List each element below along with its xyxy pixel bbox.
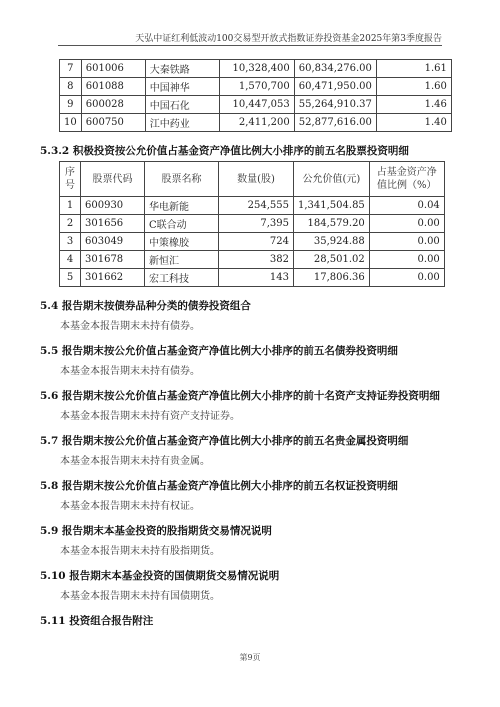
column-header-value: 公允价值(元) [294,162,370,197]
cell-pct: 0.04 [369,197,444,215]
section-heading-5-6: 5.6 报告期末按公允价值占基金资产净值比例大小排序的前十名资产支持证券投资明细 [40,388,440,403]
cell-pct: 1.40 [376,114,451,132]
table-row: 3 603049 中策橡胶 724 35,924.88 0.00 [60,233,445,251]
cell-pct: 1.61 [376,60,451,78]
cell-code: 600028 [81,96,145,114]
cell-code: 301662 [81,269,145,287]
cell-code: 603049 [81,233,145,251]
cell-idx: 10 [60,114,82,132]
cell-value: 35,924.88 [294,233,370,251]
cell-idx: 1 [60,197,81,215]
cell-qty: 1,570,700 [219,78,294,96]
cell-value: 1,341,504.85 [294,197,370,215]
cell-idx: 5 [60,269,81,287]
table-row: 5 301662 宏工科技 143 17,806.36 0.00 [60,269,445,287]
section-heading-5-7: 5.7 报告期末按公允价值占基金资产净值比例大小排序的前五名贵金属投资明细 [40,433,408,448]
cell-value: 60,471,950.00 [294,78,376,96]
top10-stock-table-continued: 7 601006 大秦铁路 10,328,400 60,834,276.00 1… [59,59,452,132]
section-heading-5-10: 5.10 报告期末本基金投资的国债期货交易情况说明 [40,568,279,583]
section-heading-5-9: 5.9 报告期末本基金投资的股指期货交易情况说明 [40,523,272,538]
section-text-5-10: 本基金本报告期末未持有国债期货。 [60,587,220,602]
cell-qty: 10,447,053 [219,96,294,114]
cell-idx: 9 [60,96,82,114]
cell-name: 大秦铁路 [145,60,219,78]
column-header-name: 股票名称 [145,162,219,197]
header-rule [58,45,442,46]
table-row: 1 600930 华电新能 254,555 1,341,504.85 0.04 [60,197,445,215]
cell-value: 17,806.36 [294,269,370,287]
cell-code: 301656 [81,215,145,233]
section-heading-5-4: 5.4 报告期末按债券品种分类的债券投资组合 [40,298,251,313]
cell-name: 中国石化 [145,96,219,114]
cell-value: 55,264,910.37 [294,96,376,114]
section-heading-5-8: 5.8 报告期末按公允价值占基金资产净值比例大小排序的前五名权证投资明细 [40,478,398,493]
cell-code: 301678 [81,251,145,269]
cell-idx: 7 [60,60,82,78]
cell-pct: 0.00 [369,215,444,233]
cell-qty: 2,411,200 [219,114,294,132]
table-row: 9 600028 中国石化 10,447,053 55,264,910.37 1… [60,96,452,114]
table-row: 8 601088 中国神华 1,570,700 60,471,950.00 1.… [60,78,452,96]
section-heading-5-5: 5.5 报告期末按公允价值占基金资产净值比例大小排序的前五名债券投资明细 [40,343,398,358]
cell-value: 52,877,616.00 [294,114,376,132]
cell-code: 601088 [81,78,145,96]
cell-qty: 254,555 [219,197,294,215]
cell-pct: 1.46 [376,96,451,114]
section-text-5-4: 本基金本报告期末未持有债券。 [60,317,200,332]
cell-qty: 7,395 [219,215,294,233]
table-row: 2 301656 C联合动 7,395 184,579.20 0.00 [60,215,445,233]
cell-code: 600750 [81,114,145,132]
section-text-5-5: 本基金本报告期末未持有债券。 [60,362,200,377]
section-text-5-6: 本基金本报告期末未持有资产支持证券。 [60,407,240,422]
column-header-idx: 序号 [60,162,81,197]
cell-idx: 3 [60,233,81,251]
cell-name: 中国神华 [145,78,219,96]
column-header-code: 股票代码 [81,162,145,197]
cell-idx: 8 [60,78,82,96]
cell-pct: 0.00 [369,269,444,287]
cell-name: 宏工科技 [145,269,219,287]
cell-value: 60,834,276.00 [294,60,376,78]
cell-code: 601006 [81,60,145,78]
table-row: 4 301678 新恒汇 382 28,501.02 0.00 [60,251,445,269]
cell-name: 中策橡胶 [145,233,219,251]
column-header-qty: 数量(股) [219,162,294,197]
page-header-title: 天弘中证红利低波动100交易型开放式指数证券投资基金2025年第3季度报告 [135,31,442,44]
cell-qty: 10,328,400 [219,60,294,78]
cell-name: 新恒汇 [145,251,219,269]
cell-idx: 4 [60,251,81,269]
section-text-5-9: 本基金本报告期末未持有股指期货。 [60,542,220,557]
cell-value: 184,579.20 [294,215,370,233]
table-row: 7 601006 大秦铁路 10,328,400 60,834,276.00 1… [60,60,452,78]
section-text-5-7: 本基金本报告期末未持有贵金属。 [60,452,210,467]
active-investment-top5-stock-table: 序号 股票代码 股票名称 数量(股) 公允价值(元) 占基金资产净值比例（%） … [59,161,445,287]
table-header-row: 序号 股票代码 股票名称 数量(股) 公允价值(元) 占基金资产净值比例（%） [60,162,445,197]
cell-value: 28,501.02 [294,251,370,269]
section-text-5-8: 本基金本报告期末未持有权证。 [60,497,200,512]
cell-pct: 0.00 [369,251,444,269]
cell-name: 江中药业 [145,114,219,132]
cell-name: 华电新能 [145,197,219,215]
page-number: 第9页 [0,652,500,663]
cell-qty: 724 [219,233,294,251]
cell-pct: 0.00 [369,233,444,251]
cell-qty: 382 [219,251,294,269]
cell-name: C联合动 [145,215,219,233]
cell-code: 600930 [81,197,145,215]
cell-qty: 143 [219,269,294,287]
cell-pct: 1.60 [376,78,451,96]
section-heading-5-11: 5.11 投资组合报告附注 [40,613,153,628]
cell-idx: 2 [60,215,81,233]
section-heading-5-3-2: 5.3.2 积极投资按公允价值占基金资产净值比例大小排序的前五名股票投资明细 [40,143,409,158]
table-row: 10 600750 江中药业 2,411,200 52,877,616.00 1… [60,114,452,132]
column-header-pct: 占基金资产净值比例（%） [369,162,444,197]
